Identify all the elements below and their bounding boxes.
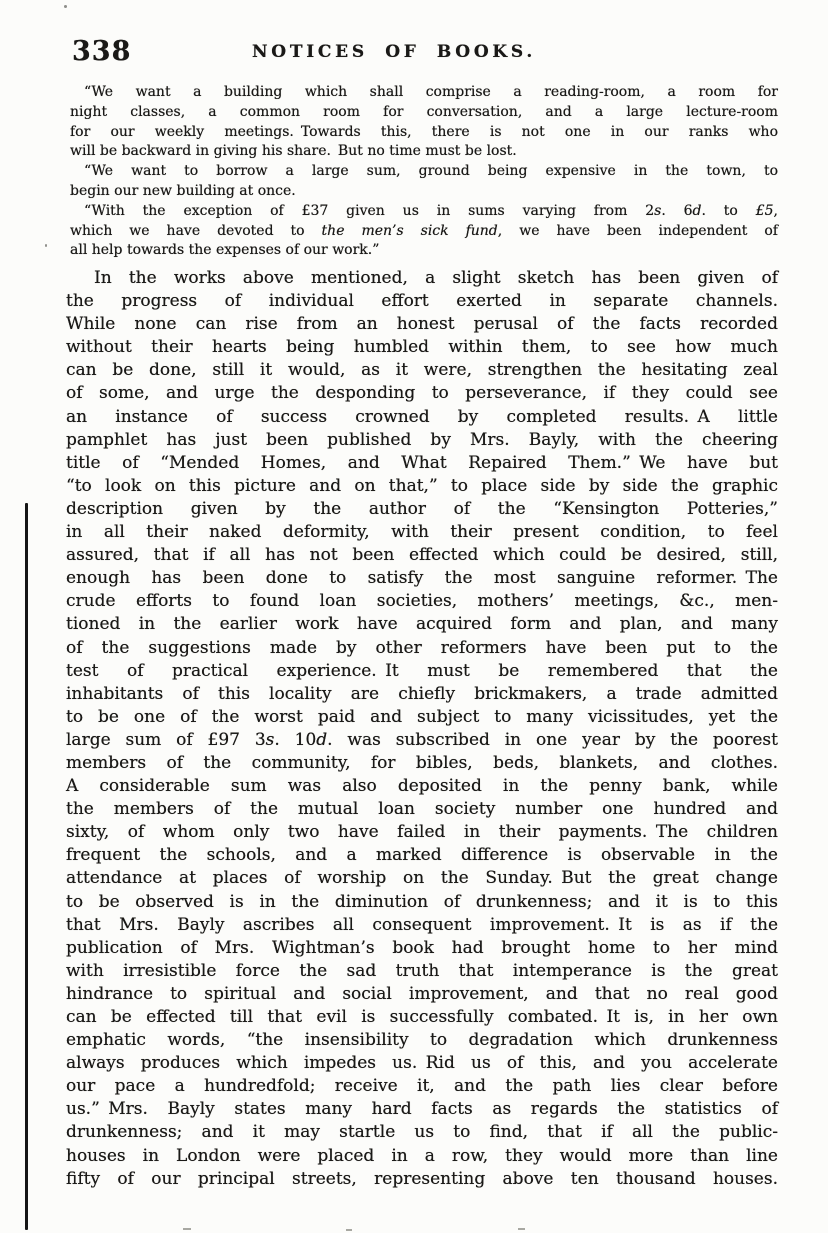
text-line: without their hearts being humbled withi… xyxy=(66,336,778,359)
text-line: the progress of individual effort exerte… xyxy=(66,290,778,313)
scan-tick xyxy=(183,1228,191,1230)
text-line: assured, that if all has not been effect… xyxy=(66,544,778,567)
text-line: attendance at places of worship on the S… xyxy=(66,867,778,890)
paragraph: In the works above mentioned, a slight s… xyxy=(66,267,778,1191)
text-line: inhabitants of this locality are chiefly… xyxy=(66,683,778,706)
text-line: “We want a building which shall comprise… xyxy=(70,83,778,103)
text-line: fifty of our principal streets, represen… xyxy=(66,1168,778,1191)
page-gutter-line xyxy=(25,503,28,1230)
text-line: publication of Mrs. Wightman’s book had … xyxy=(66,937,778,960)
text-line: emphatic words, “the insensibility to de… xyxy=(66,1029,778,1052)
text-line: crude efforts to found loan societies, m… xyxy=(66,590,778,613)
text-line: While none can rise from an honest perus… xyxy=(66,313,778,336)
text-line: always produces which impedes us. Rid us… xyxy=(66,1052,778,1075)
text-line: all help towards the expenses of our wor… xyxy=(70,241,778,261)
text-line: frequent the schools, and a marked diffe… xyxy=(66,844,778,867)
text-line: will be backward in giving his share. Bu… xyxy=(70,142,778,162)
book-page: 338 NOTICES OF BOOKS. “We want a buildin… xyxy=(0,0,828,1233)
text-line: “to look on this picture and on that,” t… xyxy=(66,475,778,498)
text-line: A considerable sum was also deposited in… xyxy=(66,775,778,798)
text-line: our pace a hundredfold; receive it, and … xyxy=(66,1075,778,1098)
text-line: description given by the author of the “… xyxy=(66,498,778,521)
scan-tick xyxy=(518,1228,525,1230)
text-line: of the suggestions made by other reforme… xyxy=(66,637,778,660)
text-line: us.” Mrs. Bayly states many hard facts a… xyxy=(66,1098,778,1121)
text-line: test of practical experience. It must be… xyxy=(66,660,778,683)
text-line: the members of the mutual loan society n… xyxy=(66,798,778,821)
running-header: NOTICES OF BOOKS. xyxy=(0,42,788,62)
text-line: enough has been done to satisfy the most… xyxy=(66,567,778,590)
text-line: drunkenness; and it may startle us to fi… xyxy=(66,1121,778,1144)
text-line: “With the exception of £37 given us in s… xyxy=(70,202,778,222)
text-line: title of “Mended Homes, and What Repaire… xyxy=(66,452,778,475)
text-line: members of the community, for bibles, be… xyxy=(66,752,778,775)
text-line: tioned in the earlier work have acquired… xyxy=(66,613,778,636)
text-line: houses in London were placed in a row, t… xyxy=(66,1145,778,1168)
paragraph: “With the exception of £37 given us in s… xyxy=(70,202,778,261)
paragraph: “We want to borrow a large sum, ground b… xyxy=(70,162,778,202)
text-line: of some, and urge the desponding to pers… xyxy=(66,382,778,405)
text-line: for our weekly meetings. Towards this, t… xyxy=(70,123,778,143)
text-line: which we have devoted to the men’s sick … xyxy=(70,222,778,242)
text-line: “We want to borrow a large sum, ground b… xyxy=(70,162,778,182)
text-line: to be observed is in the diminution of d… xyxy=(66,891,778,914)
scan-tick xyxy=(346,1229,352,1231)
text-line: that Mrs. Bayly ascribes all consequent … xyxy=(66,914,778,937)
text-line: sixty, of whom only two have failed in t… xyxy=(66,821,778,844)
scan-speck xyxy=(45,244,47,247)
text-line: to be one of the worst paid and subject … xyxy=(66,706,778,729)
text-line: in all their naked deformity, with their… xyxy=(66,521,778,544)
page-header: 338 NOTICES OF BOOKS. xyxy=(0,36,828,66)
scan-speck xyxy=(64,5,67,8)
text-line: hindrance to spiritual and social improv… xyxy=(66,983,778,1006)
text-line: In the works above mentioned, a slight s… xyxy=(66,267,778,290)
text-line: an instance of success crowned by comple… xyxy=(66,406,778,429)
text-line: can be done, still it would, as it were,… xyxy=(66,359,778,382)
text-line: with irresistible force the sad truth th… xyxy=(66,960,778,983)
text-line: pamphlet has just been published by Mrs.… xyxy=(66,429,778,452)
text-line: night classes, a common room for convers… xyxy=(70,103,778,123)
quoted-passage: “We want a building which shall comprise… xyxy=(70,83,778,261)
text-line: begin our new building at once. xyxy=(70,182,778,202)
review-text: In the works above mentioned, a slight s… xyxy=(66,267,778,1191)
text-line: can be effected till that evil is succes… xyxy=(66,1006,778,1029)
paragraph: “We want a building which shall comprise… xyxy=(70,83,778,162)
text-line: large sum of £97 3s. 10d. was subscribed… xyxy=(66,729,778,752)
